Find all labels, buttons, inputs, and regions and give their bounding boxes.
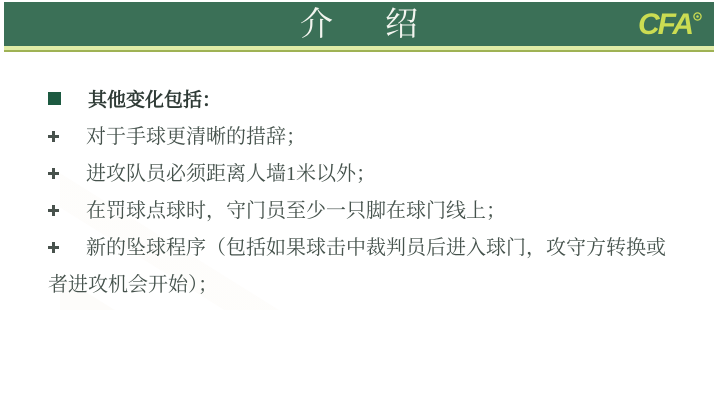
list-item-label: 对于手球更清晰的措辞； — [86, 126, 306, 148]
square-bullet-icon — [48, 92, 61, 105]
header-underline-dark — [4, 50, 714, 52]
list-item: 进攻队员必须距离人墙1米以外； — [48, 156, 680, 193]
cross-bullet-icon — [48, 131, 59, 142]
list-item: 在罚球点球时，守门员至少一只脚在球门线上； — [48, 193, 680, 230]
list-heading: 其他变化包括： — [48, 82, 680, 119]
list-heading-label: 其他变化包括： — [88, 90, 221, 111]
slide-header: 介绍 CFA — [4, 2, 714, 46]
cross-bullet-icon — [48, 242, 59, 253]
cfa-logo: CFA — [638, 8, 702, 42]
slide: 介绍 CFA 其他变化包括： 对于手球更清晰的措辞； 进攻队员必须距离人墙1米以… — [0, 0, 720, 404]
cross-bullet-icon — [48, 205, 59, 216]
cfa-logo-text: CFA — [638, 8, 692, 42]
list-item-label: 进攻队员必须距离人墙1米以外； — [86, 163, 376, 185]
list-item: 对于手球更清晰的措辞； — [48, 119, 680, 156]
slide-body: 其他变化包括： 对于手球更清晰的措辞； 进攻队员必须距离人墙1米以外； 在罚球点… — [0, 82, 720, 304]
soccer-ball-icon — [693, 12, 702, 21]
page-title: 介绍 — [248, 4, 470, 46]
list-item-label: 在罚球点球时，守门员至少一只脚在球门线上； — [86, 200, 506, 222]
list-item: 新的坠球程序（包括如果球击中裁判员后进入球门，攻守方转换或者进攻机会开始）； — [48, 230, 680, 304]
cross-bullet-icon — [48, 168, 59, 179]
list-item-label: 新的坠球程序（包括如果球击中裁判员后进入球门，攻守方转换或者进攻机会开始）； — [48, 237, 666, 296]
